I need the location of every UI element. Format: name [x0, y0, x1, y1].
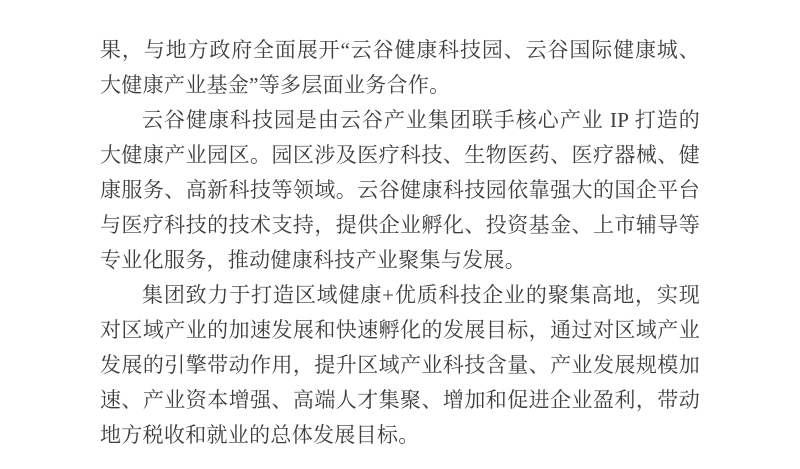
- paragraph: 果，与地方政府全面展开“云谷健康科技园、云谷国际健康城、 大健康产业基金”等多层…: [100, 33, 700, 103]
- text-line: 云谷健康科技园是由云谷产业集团联手核心产业 IP 打造的: [100, 103, 700, 138]
- text-line: 康服务、高新科技等领域。云谷健康科技园依靠强大的国企平台: [100, 173, 700, 208]
- text-line: 专业化服务，推动健康科技产业聚集与发展。: [100, 243, 700, 278]
- text-line: 集团致力于打造区域健康+优质科技企业的聚集高地，实现: [100, 278, 700, 313]
- text-block: 果，与地方政府全面展开“云谷健康科技园、云谷国际健康城、 大健康产业基金”等多层…: [100, 33, 700, 453]
- text-line: 地方税收和就业的总体发展目标。: [100, 418, 700, 453]
- paragraph: 集团致力于打造区域健康+优质科技企业的聚集高地，实现 对区域产业的加速发展和快速…: [100, 278, 700, 453]
- text-line: 速、产业资本增强、高端人才集聚、增加和促进企业盈利，带动: [100, 383, 700, 418]
- text-line: 果，与地方政府全面展开“云谷健康科技园、云谷国际健康城、: [100, 33, 700, 68]
- text-line: 大健康产业园区。园区涉及医疗科技、生物医药、医疗器械、健: [100, 138, 700, 173]
- text-line: 发展的引擎带动作用，提升区域产业科技含量、产业发展规模加: [100, 348, 700, 383]
- text-line: 对区域产业的加速发展和快速孵化的发展目标，通过对区域产业: [100, 313, 700, 348]
- paragraph: 云谷健康科技园是由云谷产业集团联手核心产业 IP 打造的 大健康产业园区。园区涉…: [100, 103, 700, 278]
- text-line: 与医疗科技的技术支持，提供企业孵化、投资基金、上市辅导等: [100, 208, 700, 243]
- text-line: 大健康产业基金”等多层面业务合作。: [100, 68, 700, 103]
- document-page: 果，与地方政府全面展开“云谷健康科技园、云谷国际健康城、 大健康产业基金”等多层…: [0, 0, 800, 469]
